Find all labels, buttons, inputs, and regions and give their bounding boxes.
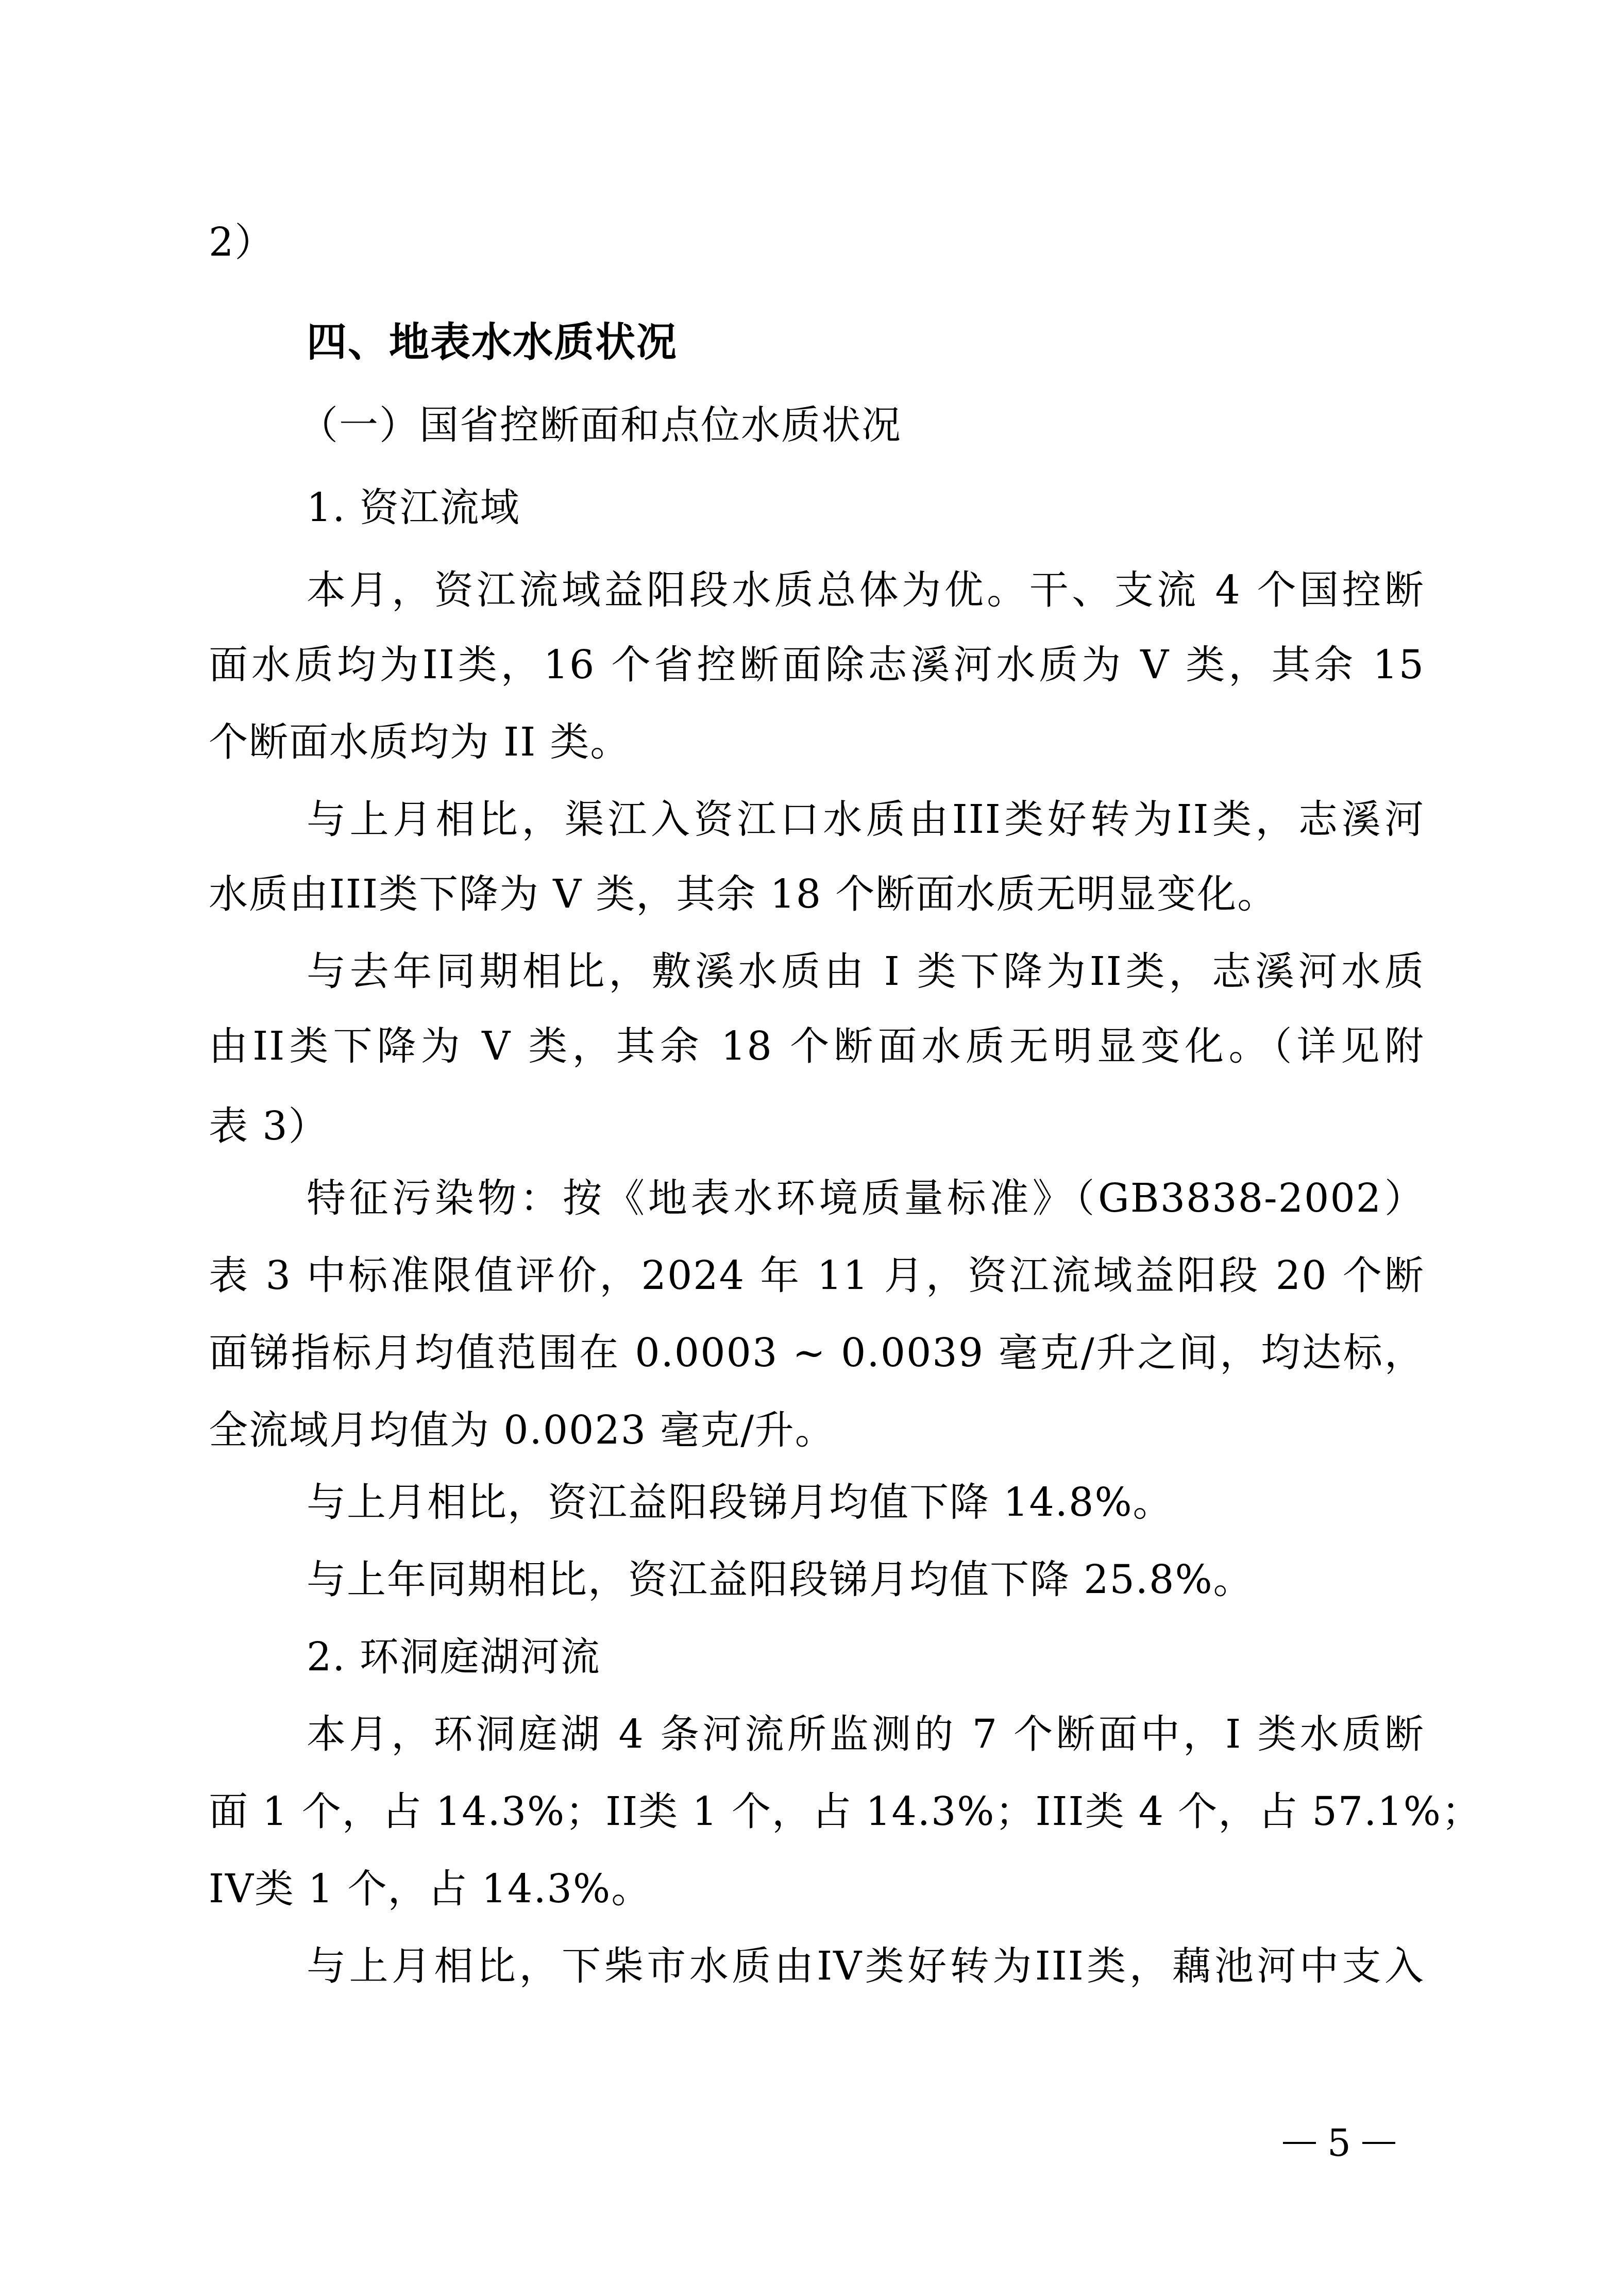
paragraph-line: 特征污染物：按《地表水环境质量标准》（GB3838-2002） [307, 1174, 1425, 1223]
page-number-dash-left [1283, 2142, 1316, 2144]
paragraph-line: 表 3） [209, 1101, 1425, 1151]
page-number: 5 [1327, 2118, 1351, 2168]
paragraph-line: 与去年同期相比，敷溪水质由 I 类下降为II类，志溪河水质 [307, 947, 1425, 996]
page-number-dash-right [1362, 2142, 1395, 2144]
paragraph-line: 与上月相比，下柴市水质由IV类好转为III类，藕池河中支入 [307, 1941, 1425, 1991]
item-heading-dongting-rivers: 2. 环洞庭湖河流 [307, 1632, 1425, 1682]
paragraph-line: 水质由III类下降为 V 类，其余 18 个断面水质无明显变化。 [209, 869, 1425, 919]
page-number-footer: 5 [1283, 2118, 1395, 2168]
paragraph-line: 与上年同期相比，资江益阳段锑月均值下降 25.8%。 [307, 1555, 1425, 1604]
document-page: 2） 四、地表水水质状况 （一）国省控断面和点位水质状况 1. 资江流域 本月，… [0, 0, 1622, 2296]
item-heading-zijiang: 1. 资江流域 [307, 483, 1425, 532]
paragraph-line: IV类 1 个，占 14.3%。 [209, 1864, 1425, 1914]
paragraph-line: 本月，环洞庭湖 4 条河流所监测的 7 个断面中，I 类水质断 [307, 1710, 1425, 1759]
paragraph-line: 与上月相比，渠江入资江口水质由III类好转为II类，志溪河 [307, 795, 1425, 844]
subsection-heading: （一）国省控断面和点位水质状况 [299, 400, 1417, 450]
paragraph-line: 面水质均为II类，16 个省控断面除志溪河水质为 V 类，其余 15 [209, 640, 1425, 690]
continuation-text: 2） [209, 217, 1425, 267]
paragraph-line: 个断面水质均为 II 类。 [209, 717, 1425, 767]
paragraph-line: 面锑指标月均值范围在 0.0003 ~ 0.0039 毫克/升之间，均达标， [209, 1328, 1425, 1378]
paragraph-line: 与上月相比，资江益阳段锑月均值下降 14.8%。 [307, 1478, 1425, 1527]
paragraph-line: 全流域月均值为 0.0023 毫克/升。 [209, 1405, 1425, 1455]
paragraph-line: 本月，资江流域益阳段水质总体为优。干、支流 4 个国控断 [307, 565, 1425, 615]
paragraph-line: 面 1 个，占 14.3%；II类 1 个，占 14.3%；III类 4 个，占… [209, 1787, 1425, 1836]
paragraph-line: 表 3 中标准限值评价，2024 年 11 月，资江流域益阳段 20 个断 [209, 1251, 1425, 1300]
section-heading: 四、地表水水质状况 [307, 318, 1425, 367]
paragraph-line: 由II类下降为 V 类，其余 18 个断面水质无明显变化。（详见附 [209, 1021, 1425, 1071]
